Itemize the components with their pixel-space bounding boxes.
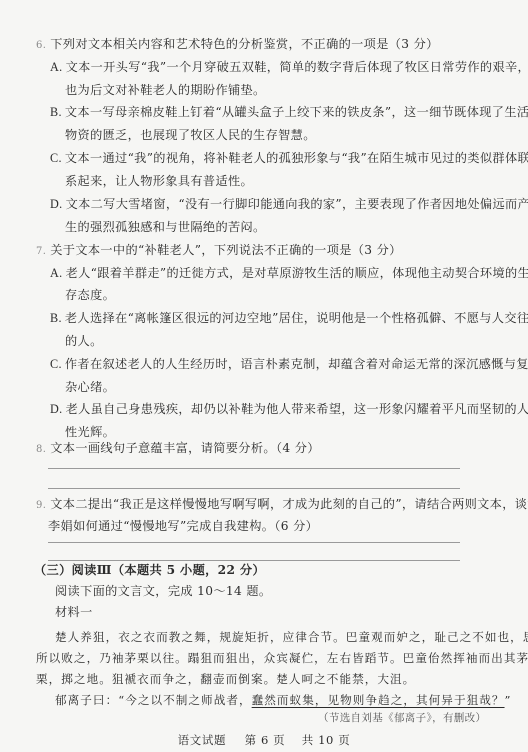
footer-total: 共 10 页 bbox=[302, 733, 351, 747]
answer-line[interactable] bbox=[48, 488, 460, 489]
underlined-sentence: 蠢然而蚁集，见物则争趋之，其何异于狙哉？ bbox=[252, 693, 505, 707]
question-6-option-c-cont: 系起来，让人物形象具有普适性。 bbox=[65, 173, 253, 189]
question-6-stem: 6.下列对文本相关内容和艺术特色的分析鉴赏，不正确的一项是（3 分） bbox=[36, 36, 439, 54]
question-number: 8. bbox=[36, 444, 46, 455]
question-7-option-b: B.老人选择在“离帐篷区很远的河边空地”居住，说明他是一个性格孤僻、不愿与人交往 bbox=[50, 310, 528, 326]
question-7-option-a: A.老人“跟着羊群走”的迁徙方式，是对草原游牧生活的顺应，体现他主动契合环境的生 bbox=[50, 265, 528, 281]
option-label: B. bbox=[50, 311, 62, 325]
question-6-option-a-cont: 也为后文对补鞋老人的期盼作铺垫。 bbox=[65, 82, 266, 98]
footer-page: 第 6 页 bbox=[245, 733, 286, 747]
question-6-option-a: A.文本一开头写“我”一个月穿破五双鞋，简单的数字背后体现了牧区日常劳作的艰辛， bbox=[50, 59, 528, 75]
exam-page: 6.下列对文本相关内容和艺术特色的分析鉴赏，不正确的一项是（3 分） A.文本一… bbox=[0, 0, 528, 752]
question-9-stem: 9.文本二提出“我正是这样慢慢地写啊写啊，才成为此刻的自己的”，请结合两则文本，… bbox=[36, 496, 528, 514]
option-label: A. bbox=[50, 266, 63, 280]
option-label: A. bbox=[50, 60, 63, 74]
question-7-option-c-cont: 杂心绪。 bbox=[65, 379, 115, 395]
answer-line[interactable] bbox=[48, 542, 460, 543]
option-label: C. bbox=[50, 151, 62, 165]
question-8-stem: 8.文本一画线句子意蕴丰富，请简要分析。（4 分） bbox=[36, 440, 320, 458]
material-title: 材料一 bbox=[55, 604, 93, 620]
option-label: D. bbox=[50, 402, 63, 416]
section-instruction: 阅读下面的文言文，完成 10～14 题。 bbox=[55, 583, 271, 599]
question-number: 9. bbox=[36, 500, 46, 511]
answer-line[interactable] bbox=[48, 468, 460, 469]
section-heading: （三）阅读Ⅲ（本题共 5 小题，22 分） bbox=[34, 562, 265, 578]
option-label: B. bbox=[50, 105, 62, 119]
option-label: C. bbox=[50, 357, 62, 371]
question-number: 6. bbox=[36, 40, 46, 51]
question-7-stem: 7.关于文本一中的“补鞋老人”，下列说法不正确的一项是（3 分） bbox=[36, 242, 402, 260]
page-footer: 语文试题 第 6 页 共 10 页 bbox=[0, 732, 528, 748]
question-7-option-a-cont: 存态度。 bbox=[65, 287, 115, 303]
question-7-option-d: D.老人虽自己身患残疾，却仍以补鞋为他人带来希望，这一形象闪耀着平凡而坚韧的人 bbox=[50, 401, 528, 417]
passage-line: 楚人养狙，衣之衣而教之舞，规旋矩折，应律合节。巴童观而妒之，耻己之不如也，思 bbox=[55, 629, 528, 645]
question-6-option-b: B.文本一写母亲棉皮鞋上钉着“从罐头盒子上绞下来的铁皮条”，这一细节既体现了生活 bbox=[50, 104, 528, 120]
source-citation: （节选自刘基《郁离子》，有删改） bbox=[318, 710, 486, 726]
question-7-option-d-cont: 性光辉。 bbox=[65, 424, 115, 440]
question-6-option-d-cont: 生的强烈孤独感和与世隔绝的苦闷。 bbox=[65, 219, 266, 235]
question-6-option-b-cont: 物资的匮乏，也展现了牧区人民的生存智慧。 bbox=[65, 127, 316, 143]
passage-quote: 郁离子曰：“今之以不制之师战者，蠢然而蚁集，见物则争趋之，其何异于狙哉？” bbox=[55, 692, 512, 708]
passage-line: 栗，掷之地。狙褫衣而争之，翻壶而倒案。楚人呵之不能禁，大沮。 bbox=[36, 671, 415, 687]
question-7-option-b-cont: 的人。 bbox=[65, 333, 103, 349]
option-label: D. bbox=[50, 197, 63, 211]
footer-subject: 语文试题 bbox=[178, 733, 226, 747]
question-6-option-d: D.文本二写大雪堵窗，“没有一行脚印能通向我的家”，主要表现了作者因地处偏远而产 bbox=[50, 196, 528, 212]
question-9-stem-cont: 李娟如何通过“慢慢地写”完成自我建构。（6 分） bbox=[48, 518, 318, 534]
question-6-option-c: C.文本一通过“我”的视角，将补鞋老人的孤独形象与“我”在陌生城市见过的类似群体… bbox=[50, 150, 528, 166]
answer-line[interactable] bbox=[48, 560, 460, 561]
question-number: 7. bbox=[36, 246, 46, 257]
question-7-option-c: C.作者在叙述老人的人生经历时，语言朴素克制，却蕴含着对命运无常的深沉感慨与复 bbox=[50, 356, 528, 372]
passage-line: 所以败之，乃袖茅栗以往。蹋狙而狙出，众宾凝伫，左右皆蹈节。巴童佁然挥袖而出其茅 bbox=[36, 650, 528, 666]
